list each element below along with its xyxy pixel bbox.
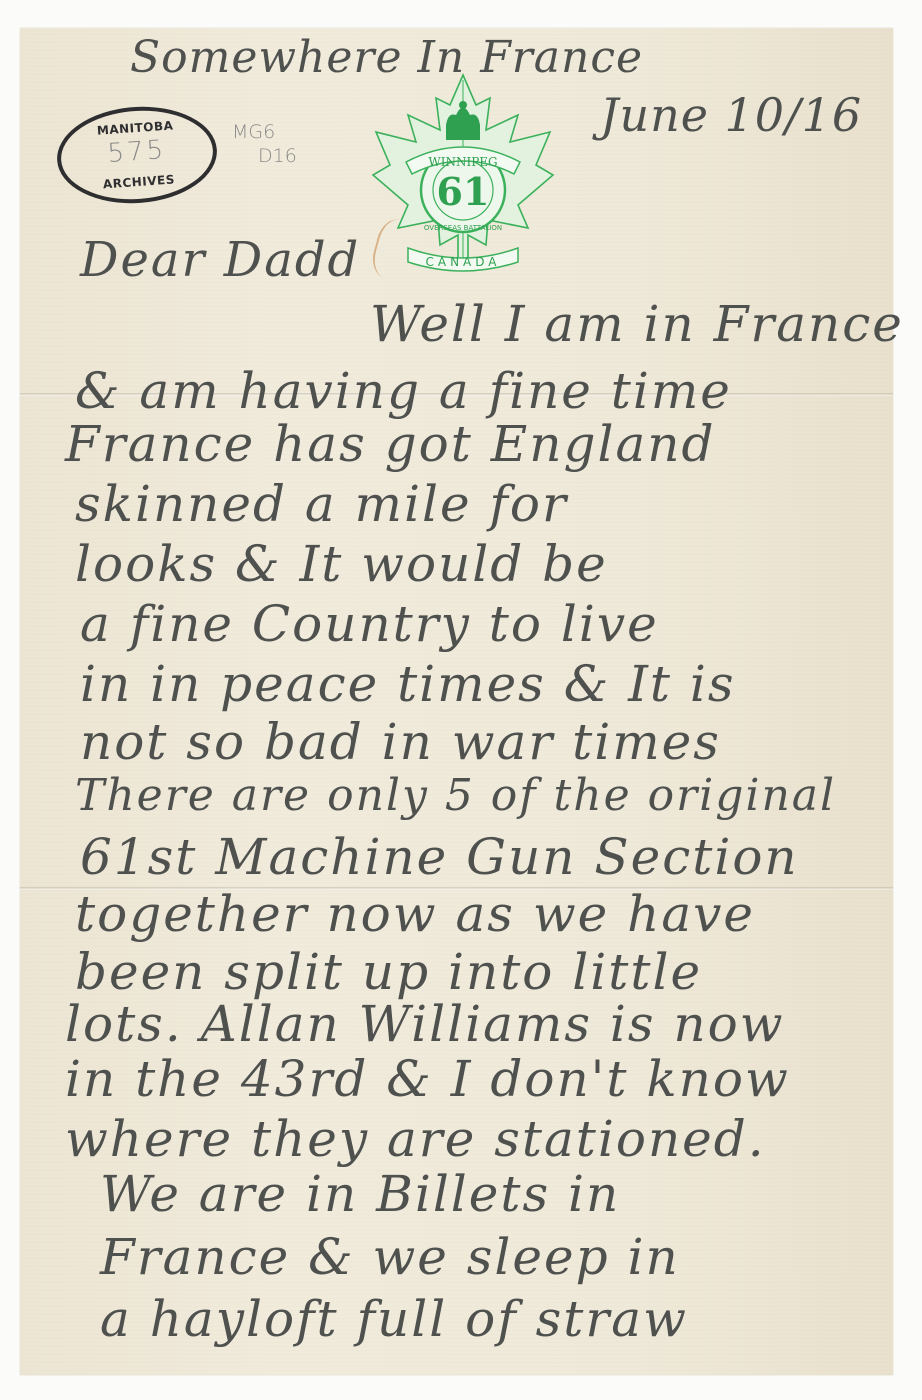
- body-line: There are only 5 of the original: [75, 770, 836, 821]
- body-line: France has got England: [65, 415, 715, 473]
- body-line: in in peace times & It is: [80, 655, 736, 713]
- svg-text:CANADA: CANADA: [425, 255, 500, 269]
- body-line: France & we sleep in: [100, 1228, 680, 1286]
- body-line: & am having a fine time: [75, 362, 732, 420]
- body-line: skinned a mile for: [75, 475, 568, 533]
- reference-line: D16: [232, 144, 297, 168]
- body-line: looks & It would be: [75, 535, 608, 593]
- body-line: We are in Billets in: [100, 1165, 620, 1223]
- body-line: together now as we have: [75, 885, 755, 943]
- body-line: been split up into little: [75, 943, 702, 1001]
- svg-text:WINNIPEG: WINNIPEG: [428, 155, 497, 169]
- body-line: Well I am in France: [370, 295, 904, 353]
- body-line: not so bad in war times: [80, 713, 721, 771]
- body-line: in the 43rd & I don't know: [65, 1050, 790, 1108]
- reference-note: MG6 D16: [232, 120, 297, 168]
- body-line: a fine Country to live: [80, 595, 659, 653]
- salutation: Dear Dadd: [80, 232, 360, 288]
- body-line: a hayloft full of straw: [100, 1290, 688, 1348]
- svg-text:61: 61: [437, 169, 490, 214]
- body-line: lots. Allan Williams is now: [65, 995, 785, 1053]
- svg-text:OVERSEAS BATTALION: OVERSEAS BATTALION: [424, 224, 502, 232]
- letter-date: June 10/16: [600, 88, 862, 142]
- body-line: 61st Machine Gun Section: [80, 828, 799, 886]
- body-line: where they are stationed.: [65, 1110, 766, 1168]
- reference-line: MG6: [232, 120, 297, 144]
